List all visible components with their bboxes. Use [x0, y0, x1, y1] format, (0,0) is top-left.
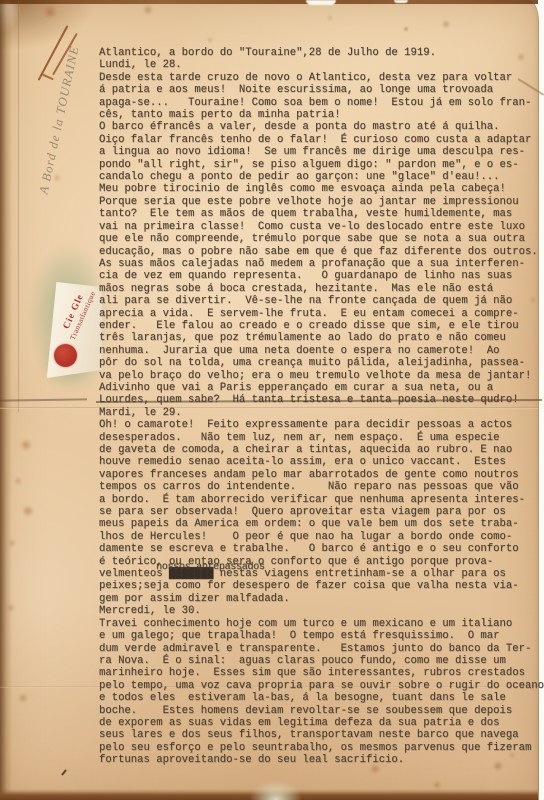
typed-line: á patria e aos meus! Noite escurissima, … — [99, 84, 540, 96]
typed-line: mãos negras sobe á boca crestada, hezita… — [99, 283, 540, 295]
typed-line: meus papeis da America em ordem: o que v… — [99, 518, 540, 530]
typed-line: Lundi, le 28. — [99, 59, 540, 71]
stain-spot — [370, 764, 380, 774]
paper-edge-top — [0, 0, 538, 4]
typed-line: candalo chegu a ponto de pedir ao garçon… — [99, 171, 540, 183]
red-seal-dot — [54, 344, 77, 367]
typed-line: tempos os carros do intendente. Não repa… — [99, 481, 540, 493]
typed-line: pôr do sol na tolda, uma creança muito p… — [99, 357, 540, 369]
typed-line: houve remedio senao aceita-lo assim, era… — [99, 456, 540, 468]
typed-line: de exporem as suas vidas em legitima def… — [99, 717, 540, 729]
ink-tick-mark — [61, 769, 67, 776]
typed-line: Desde esta tarde cruzo de novo o Atlanti… — [99, 72, 540, 84]
stain-spot — [530, 297, 536, 303]
typed-line: vapores franceses andam pelo mar abarrot… — [99, 469, 540, 481]
typed-line: a lingua ao novo idioma! Se um francês m… — [99, 146, 540, 158]
typed-line: cês, tanto mais perto da minha patria! — [99, 109, 540, 121]
stain-spot — [327, 15, 333, 21]
typed-line: As suas mãos calejadas naõ medem a profa… — [99, 258, 540, 270]
typed-line: e todos eles estiveram la-bas, á la beso… — [99, 692, 540, 704]
typed-line: a bordo. É tam aborrecido verificar que … — [99, 494, 540, 506]
stain-spot — [433, 781, 441, 789]
stain-spot — [404, 27, 408, 31]
vertical-crease — [18, 0, 19, 412]
stain-spot — [143, 5, 153, 15]
typed-line: Atlantico, a bordo do "Touraine",28 de J… — [99, 47, 540, 59]
typed-line: e um galego; que trapalhada! O tempo est… — [99, 630, 540, 642]
typed-line: Porque seria que este pobre velhote hoje… — [99, 196, 540, 208]
typed-line: tanto? Ele tem as mãos de quem trabalha,… — [99, 208, 540, 220]
stain-spot — [207, 37, 213, 43]
stain-spot — [7, 604, 15, 612]
typed-line: ra Nova. É o sinal: aguas claras pouco f… — [99, 655, 540, 667]
stain-spot — [517, 53, 525, 61]
typed-line: pondo "all right, sir", se piso alguem d… — [99, 159, 540, 171]
typed-line: peixes;seja como for desespero de fazer … — [99, 580, 540, 592]
typed-line: vai na primeira classe! Como custa ve-lo… — [99, 221, 540, 233]
typed-line: cia de vez em quando representa. O guard… — [99, 270, 540, 282]
typed-line: Meu pobre tirocinio de inglês como me es… — [99, 183, 540, 195]
typed-line: damente se escreva e trabalhe. O barco é… — [99, 543, 540, 555]
typed-line: apaga-se... Touraine! Como soa bem o nom… — [99, 97, 540, 109]
typed-line: gem por assim dizer malfadada. — [99, 593, 540, 605]
abrasion-blotch — [250, 780, 302, 800]
strike-line-left-segment — [0, 398, 87, 401]
typed-line: Oh! o camarote! Feito expressamente para… — [99, 419, 540, 431]
typed-line: aprecia a vida. E servem-lhe fruta. E eu… — [99, 308, 540, 320]
typed-line: O barco éfrancês a valer, desde a ponta … — [99, 121, 540, 133]
stain-spot — [509, 752, 515, 758]
typed-line: Oiço falar francês tenho de o falar! É c… — [99, 134, 540, 146]
typed-line: marinheiro hoje. Esses sim que são inter… — [99, 667, 540, 679]
stain-spot — [20, 439, 32, 451]
typed-line: lhos de Hercules! O peor é que nao ha lu… — [99, 531, 540, 543]
stain-spot — [442, 20, 450, 28]
typed-line: seus lares e dos seus filhos, transporta… — [99, 729, 540, 741]
torn-notch — [394, 0, 408, 3]
typed-line: educação, mas o pobre não sabe em que é … — [99, 246, 540, 258]
typed-line: três laranjas, que poz trémulamente ao l… — [99, 332, 540, 344]
typed-line: boche. Estes homens deviam revoltar-se s… — [99, 705, 540, 717]
typed-line: dum verde admiravel e transparente. Esta… — [99, 643, 540, 655]
stain-spot — [14, 477, 22, 485]
interline-insertion: nossos antepassados — [156, 562, 265, 574]
stain-spot — [43, 5, 57, 19]
typed-line: va pelo braço do velho; era o meu tremul… — [99, 370, 540, 382]
torn-notch — [306, 0, 336, 5]
stain-spot — [8, 539, 16, 547]
typed-line: que ele não compreende, trémulo porque s… — [99, 233, 540, 245]
stain-spot — [493, 761, 503, 771]
typed-line: Mardi, le 29. — [99, 407, 540, 419]
typed-line: ali para se divertir. Vê-se-lhe na front… — [99, 295, 540, 307]
typed-line: ender. Ele falou ao creado e o creado di… — [99, 320, 540, 332]
typed-line: pelo seu esforço e pelo seuntrabalho, os… — [99, 742, 540, 754]
paper-sheet: A Bord de la TOURAINE Cie Gle Transatlan… — [0, 0, 539, 800]
typed-line: de gaveta de comoda, a cheirar a tintas,… — [99, 444, 540, 456]
typed-line: se para ser observada! Quero aproveitar … — [99, 506, 540, 518]
typed-line: Adivinho que vai a Paris epperançado em … — [99, 382, 540, 394]
typed-line: fortunas aproveitando-se do seu leal sac… — [99, 754, 540, 766]
stain-spot — [22, 505, 34, 517]
typed-line: desesperados. Não tem luz, nem ar, nem e… — [99, 432, 540, 444]
typed-line: pelo tempo, uma voz cava propria para se… — [99, 680, 540, 692]
stain-spot — [18, 693, 28, 703]
stain-spot — [53, 174, 61, 182]
typed-line: Mercredi, le 30. — [99, 605, 540, 617]
typed-lines: Atlantico, a bordo do "Touraine",28 de J… — [99, 47, 540, 767]
typed-line: nenhuma. Juraria que uma neta doente o e… — [99, 345, 540, 357]
scanned-letter: A Bord de la TOURAINE Cie Gle Transatlan… — [0, 0, 544, 800]
typed-line: Travei conhecimento hoje com um turco e … — [99, 618, 540, 630]
typed-line: velmenteos ███████ nestas viagens entret… — [99, 568, 540, 580]
typed-line: Lourdes, quem sabe? Há tanta tristesa e … — [99, 394, 540, 406]
